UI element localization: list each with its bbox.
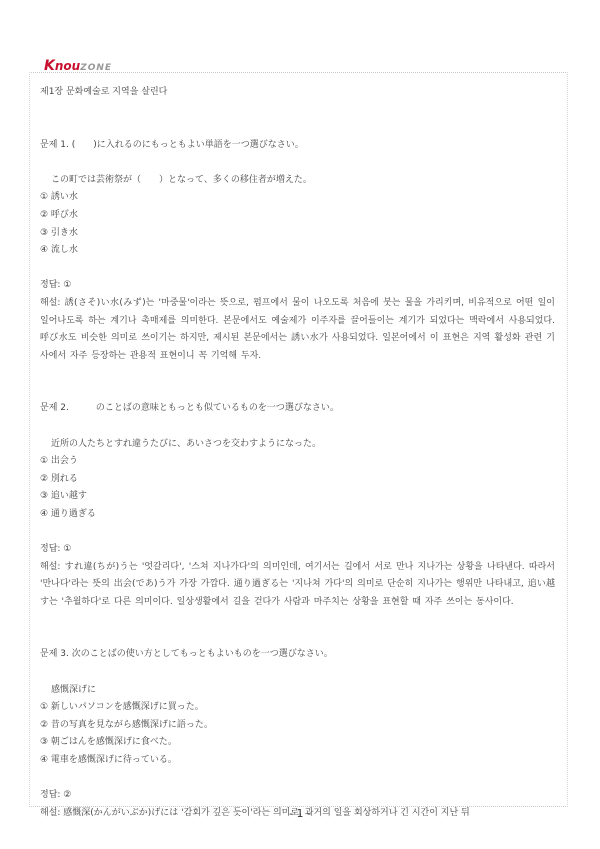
option-3: ③ 追い越す [40,488,555,506]
question-prompt: 문제 1. ( )に入れるのにもっともよい単語を一つ選びなさい。 [40,137,555,155]
option-1: ① 出会う [40,453,555,471]
logo-nou: nou [55,59,80,73]
option-2: ② 昔の写真を見ながら感慨深げに語った。 [40,717,555,735]
chapter-title: 제1장 문화예술로 지역을 살린다 [40,84,555,102]
question-prompt: 문제 2. のことばの意味ともっとも似ているものを一つ選びなさい。 [40,400,555,418]
option-4: ④ 流し水 [40,242,555,260]
option-4: ④ 通り過ぎる [40,506,555,524]
option-1: ① 新しいパソコンを感慨深げに買った。 [40,699,555,717]
question-sentence: この町では芸術祭が（ ）となって、多くの移住者が増えた。 [40,172,555,190]
option-2: ② 呼び水 [40,207,555,225]
question-2: 문제 2. のことばの意味ともっとも似ているものを一つ選びなさい。 近所の人たち… [40,400,555,611]
question-sentence: 近所の人たちとすれ違うたびに、あいさつを交わすようになった。 [40,436,555,454]
question-prompt: 문제 3. 次のことばの使い方としてもっともよいものを一つ選びなさい。 [40,646,555,664]
question-1: 문제 1. ( )に入れるのにもっともよい単語を一つ選びなさい。 この町では芸術… [40,137,555,366]
answer: 정답: ① [40,277,555,295]
answer: 정답: ② [40,787,555,805]
option-1: ① 誘い水 [40,189,555,207]
option-2: ② 別れる [40,471,555,489]
page-number: - 1 - [0,807,600,820]
question-sentence: 感慨深げに [40,682,555,700]
explanation: 해설: すれ違(ちが)う는 '엇갈리다', '스쳐 지나가다'의 의미인데, 여… [40,559,555,612]
answer: 정답: ① [40,541,555,559]
explanation: 해설: 誘(さそ)い水(みず)는 '마중물'이라는 뜻으로, 펌프에서 물이 나… [40,295,555,365]
document-body: 제1장 문화예술로 지역을 살린다 문제 1. ( )に入れるのにもっともよい単… [40,84,555,822]
option-3: ③ 朝ごはんを感慨深げに食べた。 [40,734,555,752]
option-3: ③ 引き水 [40,225,555,243]
option-4: ④ 電車を感慨深げに待っている。 [40,752,555,770]
question-3: 문제 3. 次のことばの使い方としてもっともよいものを一つ選びなさい。 感慨深げ… [40,646,555,822]
